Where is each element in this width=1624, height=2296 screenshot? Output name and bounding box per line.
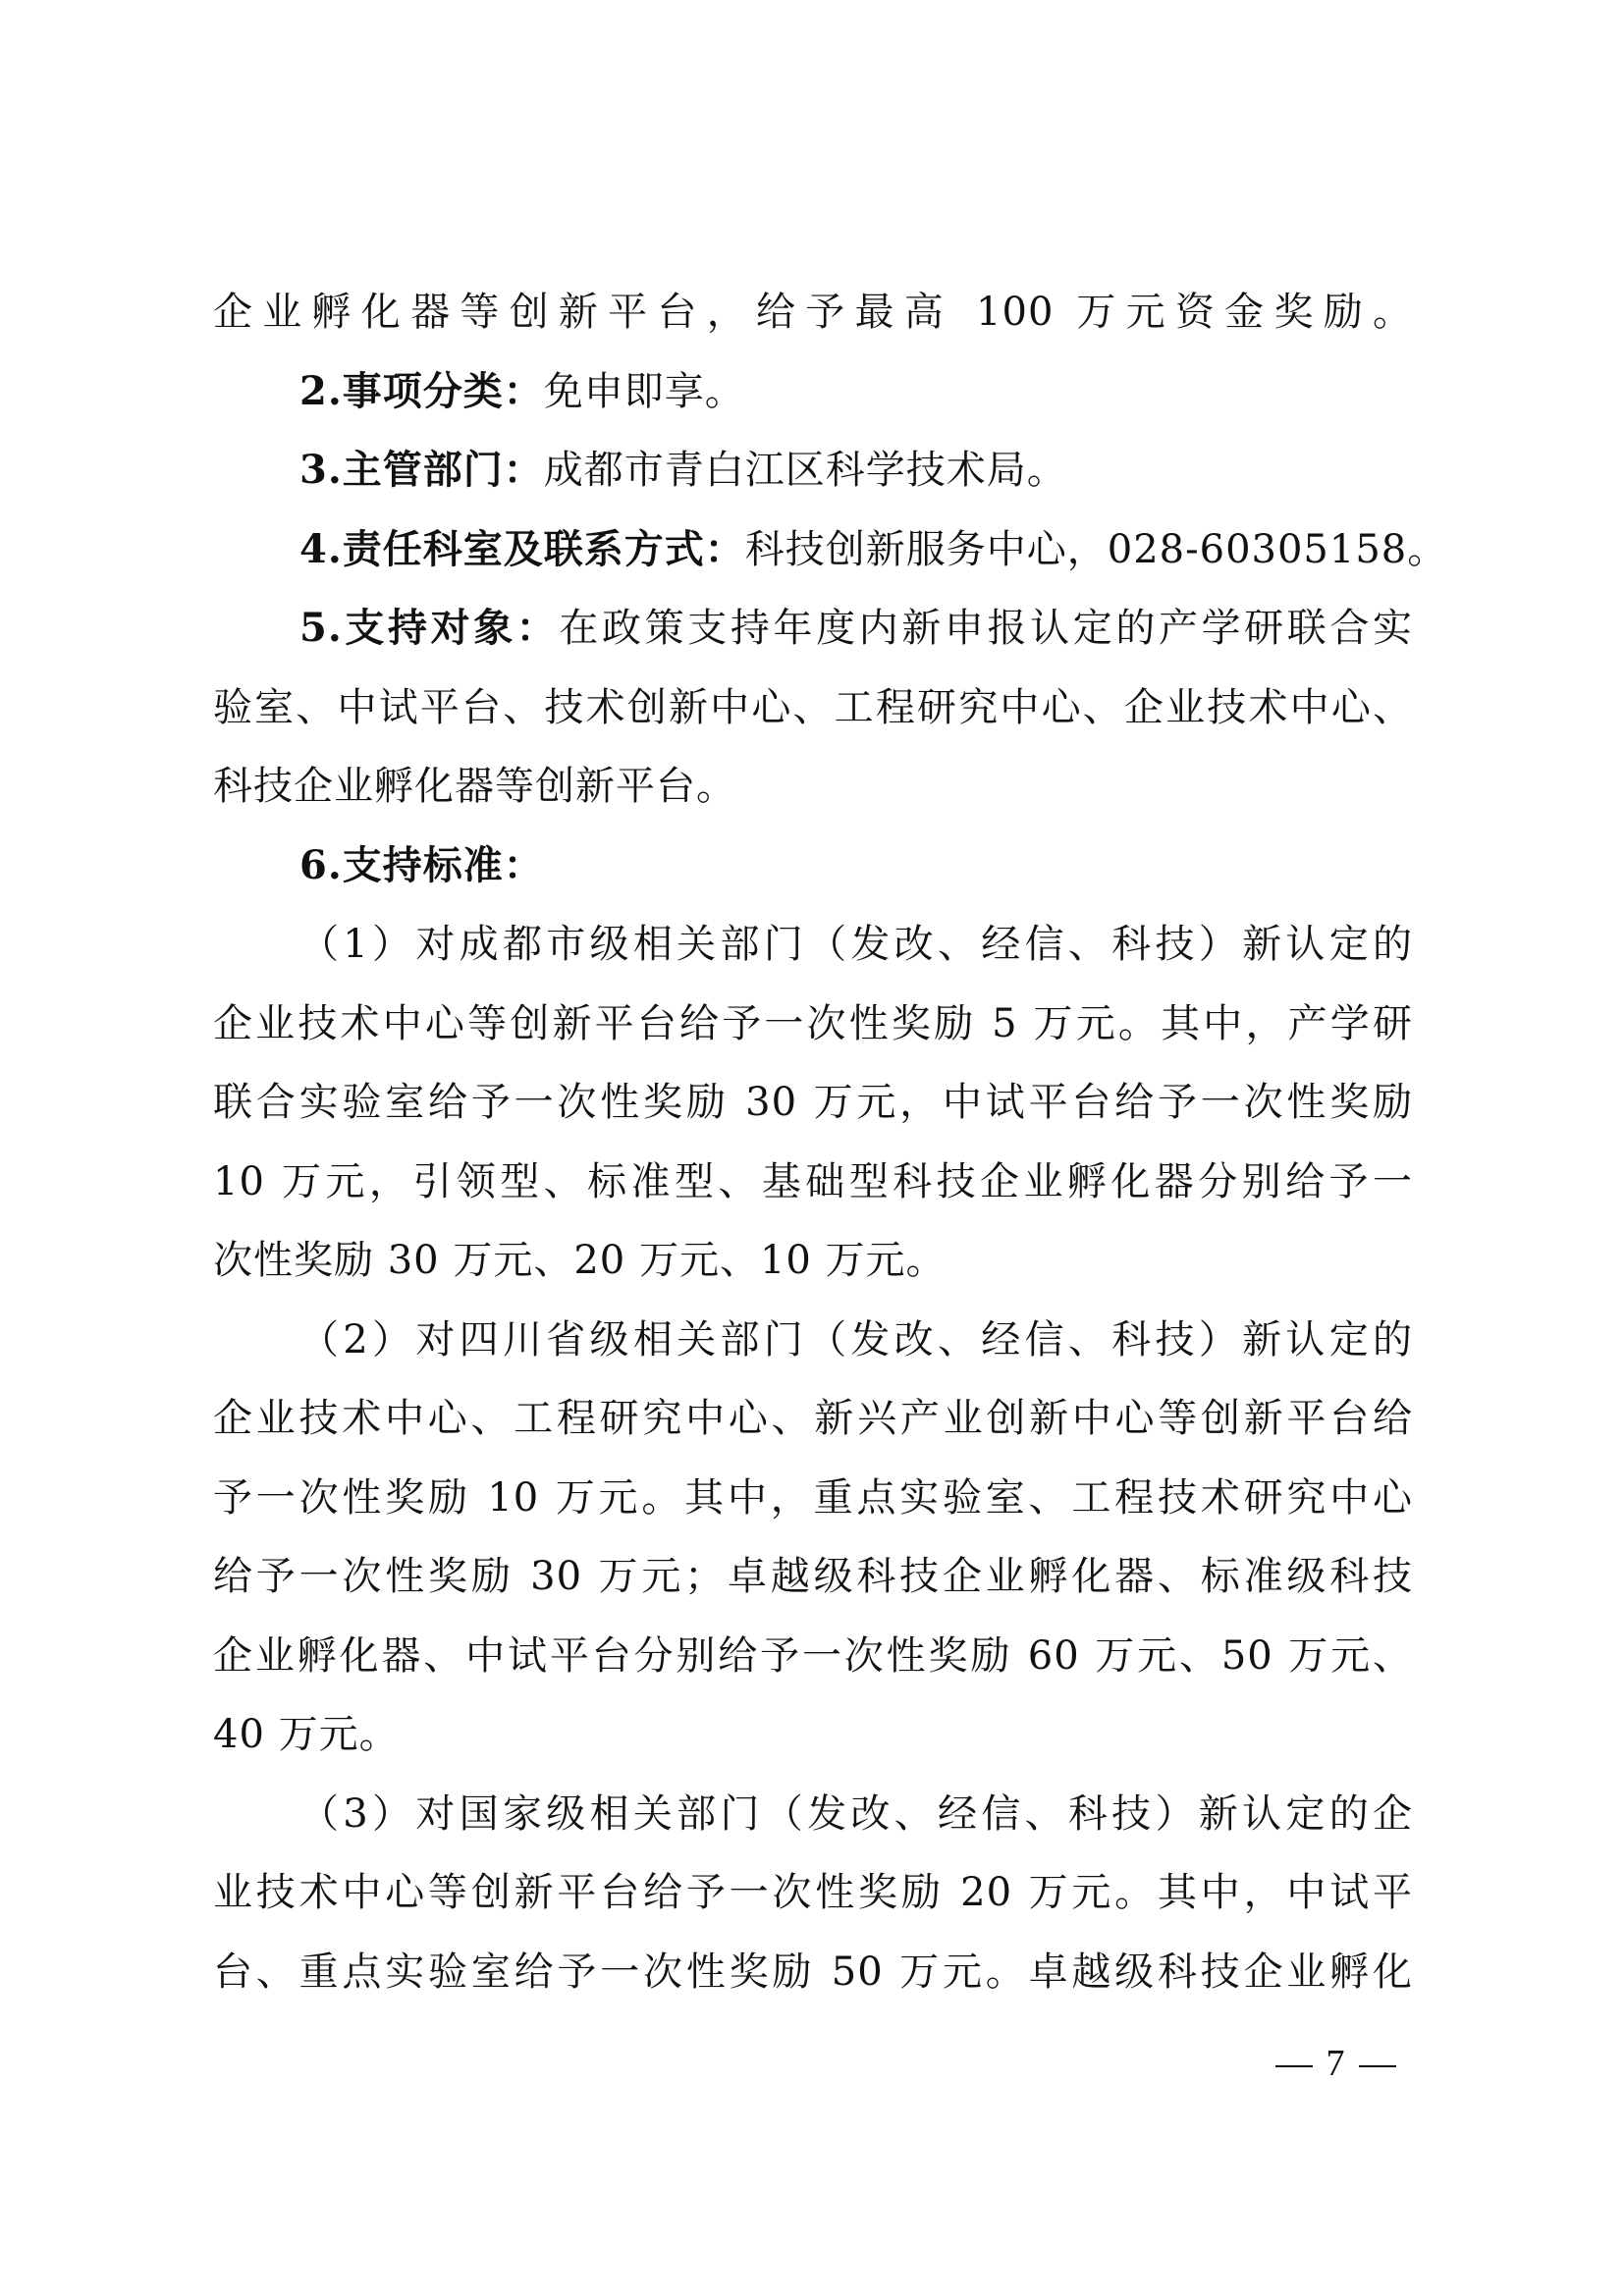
page-number: 7 [1247, 2042, 1424, 2085]
item-label: 6.支持标准： [299, 842, 544, 888]
item-target: 5.支持对象：在政策支持年度内新申报认定的产学研联合实 [213, 589, 1413, 668]
text-line: 予一次性奖励 10 万元。其中，重点实验室、工程技术研究中心 [213, 1459, 1413, 1538]
item-value: 成都市青白江区科学技术局。 [544, 448, 1067, 493]
text-line: （3）对国家级相关部门（发改、经信、科技）新认定的企 [213, 1775, 1413, 1854]
page-number-value: 7 [1326, 2043, 1345, 2084]
text-line: 10 万元，引领型、标准型、基础型科技企业孵化器分别给予一 [213, 1143, 1413, 1222]
text-line: 业技术中心等创新平台给予一次性奖励 20 万元。其中，中试平 [213, 1853, 1413, 1933]
item-label: 3.主管部门： [299, 447, 544, 493]
item-value: 在政策支持年度内新申报认定的产学研联合实 [559, 606, 1413, 651]
line-text: 业技术中心等创新平台给予一次性奖励 20 万元。其中，中试平 [213, 1870, 1413, 1915]
line-text: 企业孵化器等创新平台，给予最高 100 万元资金奖励。 [213, 290, 1413, 335]
line-text: （2）对四川省级相关部门（发改、经信、科技）新认定的 [299, 1317, 1413, 1362]
line-text: （3）对国家级相关部门（发改、经信、科技）新认定的企 [299, 1791, 1413, 1837]
item-value: 科技创新服务中心，028-60305158。 [745, 527, 1447, 572]
text-line: 企业技术中心、工程研究中心、新兴产业创新中心等创新平台给 [213, 1379, 1413, 1459]
line-text: 科技企业孵化器等创新平台。 [213, 764, 736, 809]
text-line: （1）对成都市级相关部门（发改、经信、科技）新认定的 [213, 905, 1413, 985]
item-value: 免申即享。 [544, 369, 745, 414]
document-body: 企业孵化器等创新平台，给予最高 100 万元资金奖励。 2.事项分类：免申即享。… [213, 273, 1413, 2011]
text-line: 企业孵化器、中试平台分别给予一次性奖励 60 万元、50 万元、 [213, 1617, 1413, 1696]
line-text: 台、重点实验室给予一次性奖励 50 万元。卓越级科技企业孵化 [213, 1949, 1413, 1995]
text-line: 企业技术中心等创新平台给予一次性奖励 5 万元。其中，产学研 [213, 985, 1413, 1064]
item-standard: 6.支持标准： [213, 827, 1413, 906]
dash-right [1359, 2065, 1396, 2067]
text-line: 40 万元。 [213, 1695, 1413, 1775]
text-line: 科技企业孵化器等创新平台。 [213, 747, 1413, 827]
text-line: 给予一次性奖励 30 万元；卓越级科技企业孵化器、标准级科技 [213, 1537, 1413, 1617]
item-category: 2.事项分类：免申即享。 [213, 352, 1413, 432]
document-page: 企业孵化器等创新平台，给予最高 100 万元资金奖励。 2.事项分类：免申即享。… [0, 0, 1624, 2296]
line-text: 验室、中试平台、技术创新中心、工程研究中心、企业技术中心、 [213, 685, 1413, 730]
line-text: （1）对成都市级相关部门（发改、经信、科技）新认定的 [299, 922, 1413, 967]
text-line: 企业孵化器等创新平台，给予最高 100 万元资金奖励。 [213, 273, 1413, 352]
line-text: 企业技术中心等创新平台给予一次性奖励 5 万元。其中，产学研 [213, 1001, 1413, 1046]
text-line: 次性奖励 30 万元、20 万元、10 万元。 [213, 1221, 1413, 1301]
line-text: 企业技术中心、工程研究中心、新兴产业创新中心等创新平台给 [213, 1396, 1413, 1441]
line-text: 给予一次性奖励 30 万元；卓越级科技企业孵化器、标准级科技 [213, 1554, 1413, 1599]
line-text: 次性奖励 30 万元、20 万元、10 万元。 [213, 1238, 947, 1283]
line-text: 企业孵化器、中试平台分别给予一次性奖励 60 万元、50 万元、 [213, 1633, 1413, 1679]
item-label: 5.支持对象： [299, 605, 559, 651]
line-text: 40 万元。 [213, 1712, 400, 1757]
item-label: 4.责任科室及联系方式： [299, 526, 745, 572]
dash-left [1275, 2065, 1313, 2067]
item-label: 2.事项分类： [299, 368, 544, 414]
text-line: 联合实验室给予一次性奖励 30 万元，中试平台给予一次性奖励 [213, 1063, 1413, 1143]
item-department: 3.主管部门：成都市青白江区科学技术局。 [213, 431, 1413, 510]
line-text: 予一次性奖励 10 万元。其中，重点实验室、工程技术研究中心 [213, 1475, 1413, 1521]
line-text: 10 万元，引领型、标准型、基础型科技企业孵化器分别给予一 [213, 1159, 1413, 1204]
text-line: （2）对四川省级相关部门（发改、经信、科技）新认定的 [213, 1301, 1413, 1380]
line-text: 联合实验室给予一次性奖励 30 万元，中试平台给予一次性奖励 [213, 1080, 1413, 1125]
item-contact: 4.责任科室及联系方式：科技创新服务中心，028-60305158。 [213, 510, 1413, 590]
text-line: 台、重点实验室给予一次性奖励 50 万元。卓越级科技企业孵化 [213, 1933, 1413, 2012]
text-line: 验室、中试平台、技术创新中心、工程研究中心、企业技术中心、 [213, 668, 1413, 748]
